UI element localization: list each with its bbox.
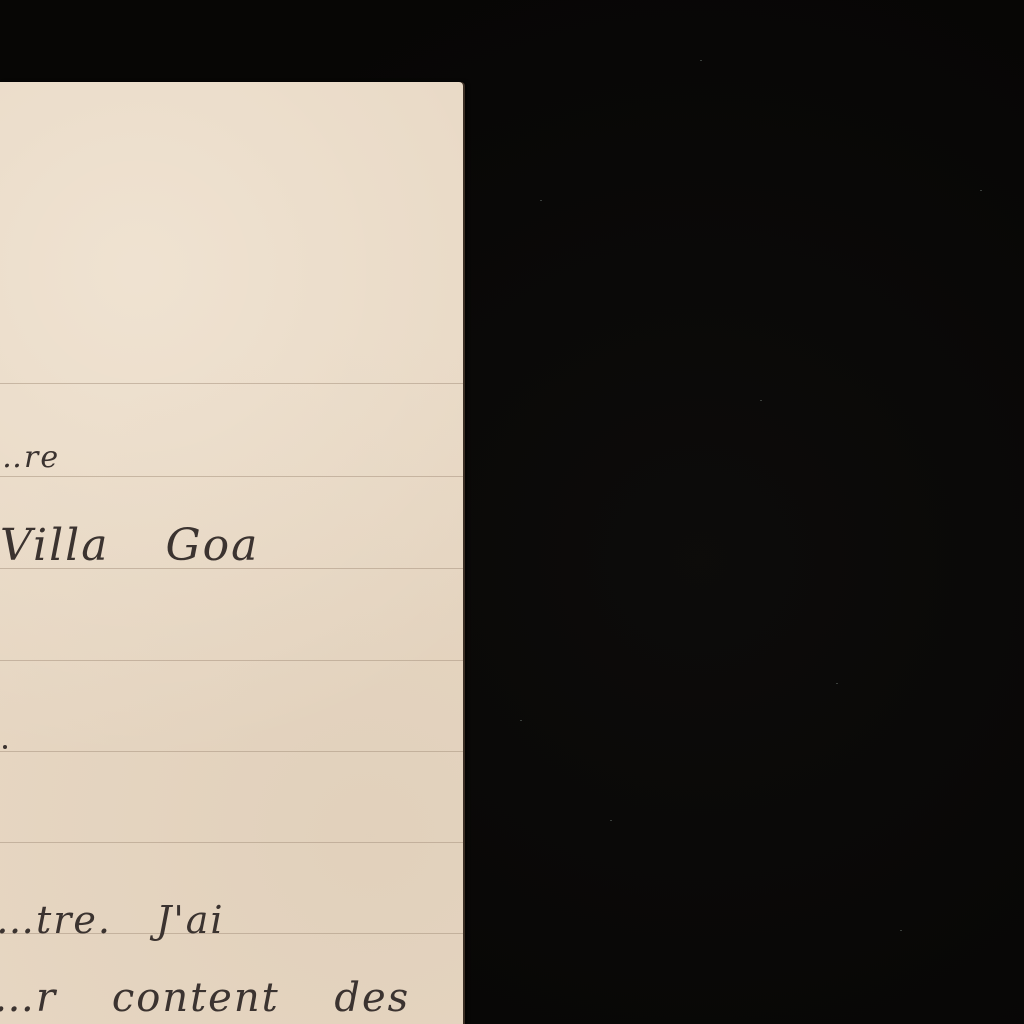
ruled-line <box>0 660 463 661</box>
ruled-line <box>0 383 463 384</box>
dust-speck <box>700 60 702 61</box>
dust-speck <box>980 190 982 191</box>
dust-speck <box>836 683 838 684</box>
handwritten-line-3: …tre. J'ai <box>0 898 225 942</box>
handwritten-line-4: …r content des <box>0 975 410 1021</box>
ink-mark <box>3 745 7 749</box>
dust-speck <box>520 720 522 721</box>
ruled-line <box>0 476 463 477</box>
handwritten-line-1: …re <box>0 440 60 475</box>
handwritten-line-2: Villa Goa <box>0 520 259 571</box>
dust-speck <box>610 820 612 821</box>
ruled-line <box>0 751 463 752</box>
dust-speck <box>540 200 542 201</box>
dust-speck <box>760 400 762 401</box>
ruled-line <box>0 842 463 843</box>
dust-speck <box>900 930 902 931</box>
